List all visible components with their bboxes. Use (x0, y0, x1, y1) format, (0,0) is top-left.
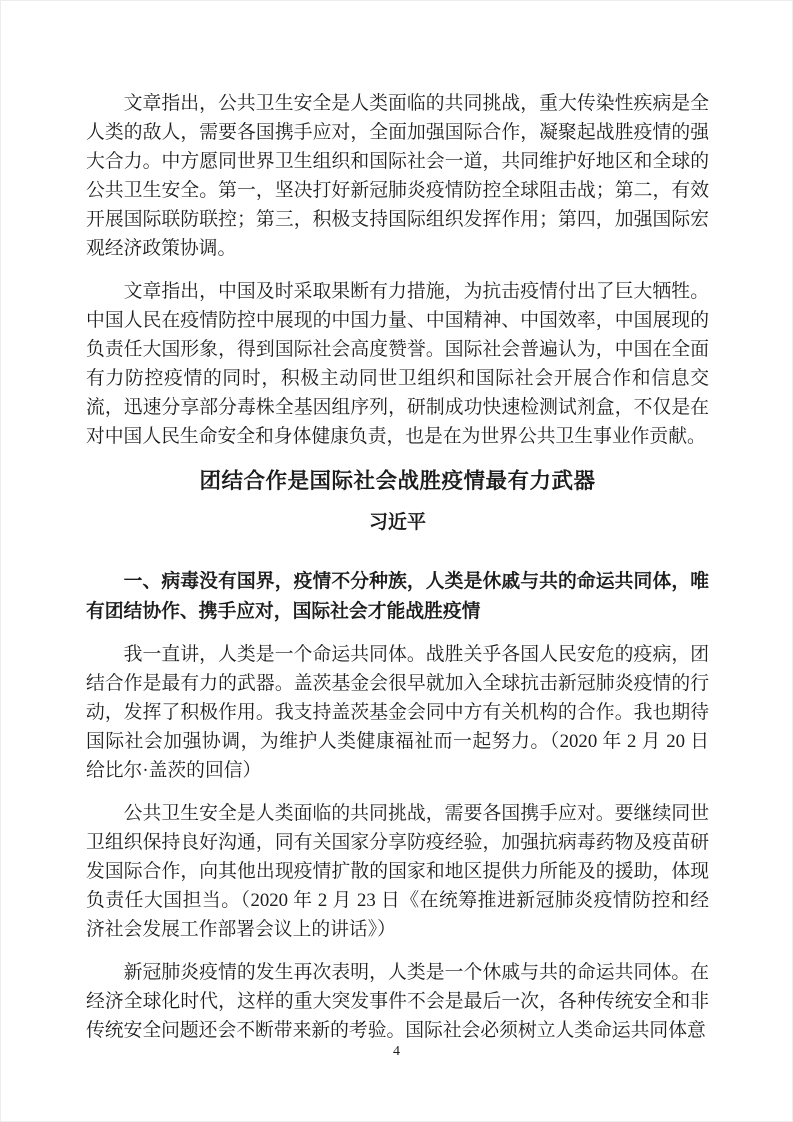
paragraph-quote-1: 我一直讲，人类是一个命运共同体。战胜关乎各国人民安危的疫病，团结合作是最有力的武… (86, 640, 709, 785)
paragraph-quote-3: 新冠肺炎疫情的发生再次表明，人类是一个休戚与共的命运共同体。在经济全球化时代，这… (86, 958, 709, 1045)
page-number: 4 (1, 1045, 792, 1059)
paragraph-quote-2: 公共卫生安全是人类面临的共同挑战，需要各国携手应对。要继续同世卫组织保持良好沟通… (86, 799, 709, 944)
author-name: 习近平 (86, 508, 709, 538)
article-title: 团结合作是国际社会战胜疫情最有力武器 (86, 465, 709, 497)
paragraph-summary-1: 文章指出，公共卫生安全是人类面临的共同挑战，重大传染性疾病是全人类的敌人，需要各… (86, 89, 709, 263)
paragraph-summary-2: 文章指出，中国及时采取果断有力措施，为抗击疫情付出了巨大牺牲。中国人民在疫情防控… (86, 277, 709, 451)
section-heading: 一、病毒没有国界，疫情不分种族，人类是休戚与共的命运共同体，唯有团结协作、携手应… (86, 566, 709, 625)
document-page: 文章指出，公共卫生安全是人类面临的共同挑战，重大传染性疾病是全人类的敌人，需要各… (0, 0, 793, 1122)
